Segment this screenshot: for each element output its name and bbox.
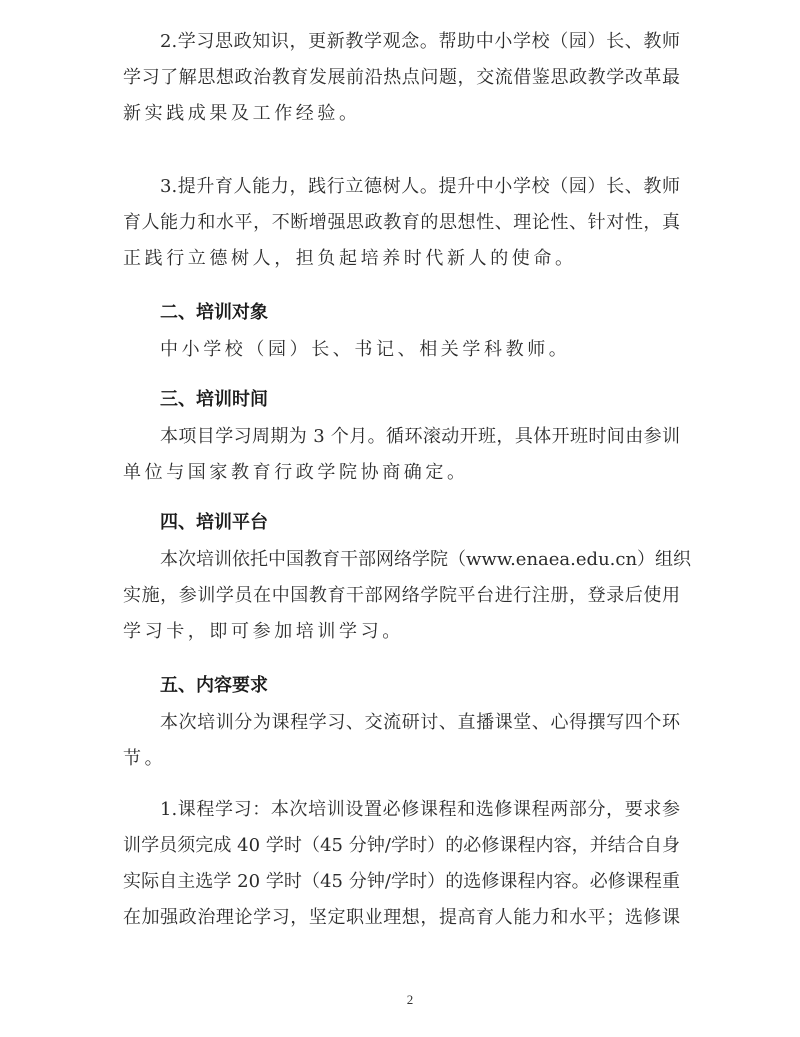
paragraph-line: 在加强政治理论学习，坚定职业理想，提高育人能力和水平；选修课 [123, 903, 680, 933]
paragraph-line: 本项目学习周期为 3 个月。循环滚动开班，具体开班时间由参训 [160, 422, 680, 452]
paragraph-line: 本次培训依托中国教育干部网络学院（www.enaea.edu.cn）组织 [160, 545, 680, 575]
paragraph-line: 学习了解思想政治教育发展前沿热点问题，交流借鉴思政教学改革最 [123, 63, 680, 93]
paragraph-line: 实施，参训学员在中国教育干部网络学院平台进行注册，登录后使用 [123, 581, 680, 611]
section-heading-training-targets: 二、培训对象 [160, 298, 268, 328]
paragraph-line: 本次培训分为课程学习、交流研讨、直播课堂、心得撰写四个环 [160, 708, 680, 738]
paragraph-line: 3.提升育人能力，践行立德树人。提升中小学校（园）长、教师 [160, 172, 680, 202]
paragraph-line: 节。 [123, 744, 680, 774]
paragraph-line: 正践行立德树人，担负起培养时代新人的使命。 [123, 244, 680, 274]
paragraph-line: 新实践成果及工作经验。 [123, 99, 680, 129]
paragraph-line: 训学员须完成 40 学时（45 分钟/学时）的必修课程内容，并结合自身 [123, 831, 680, 861]
section-heading-training-platform: 四、培训平台 [160, 508, 268, 538]
paragraph-line: 1.课程学习：本次培训设置必修课程和选修课程两部分，要求参 [160, 795, 680, 825]
page-number: 2 [400, 992, 420, 1008]
document-page: 2.学习思政知识，更新教学观念。帮助中小学校（园）长、教师 学习了解思想政治教育… [0, 0, 800, 1037]
paragraph-line: 学习卡，即可参加培训学习。 [123, 617, 680, 647]
paragraph-line: 中小学校（园）长、书记、相关学科教师。 [160, 335, 680, 365]
section-heading-training-time: 三、培训时间 [160, 385, 268, 415]
paragraph-line: 育人能力和水平，不断增强思政教育的思想性、理论性、针对性，真 [123, 208, 680, 238]
paragraph-line: 单位与国家教育行政学院协商确定。 [123, 458, 680, 488]
paragraph-line: 实际自主选学 20 学时（45 分钟/学时）的选修课程内容。必修课程重 [123, 867, 680, 897]
paragraph-line: 2.学习思政知识，更新教学观念。帮助中小学校（园）长、教师 [160, 27, 680, 57]
section-heading-content-requirements: 五、内容要求 [160, 671, 268, 701]
